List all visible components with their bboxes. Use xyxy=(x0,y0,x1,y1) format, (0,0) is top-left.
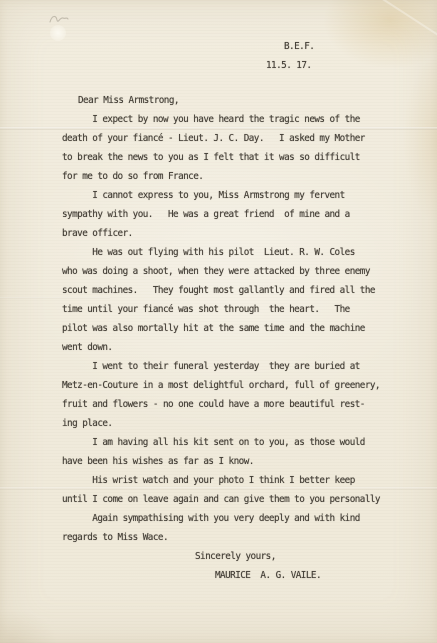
letter-body: Dear Miss Armstrong, I expect by now you… xyxy=(62,91,412,585)
body-line: death of your fiancé - Lieut. J. C. Day.… xyxy=(62,129,412,148)
body-line: He was out flying with his pilot Lieut. … xyxy=(62,243,412,262)
body-line: fruit and flowers - no one could have a … xyxy=(62,395,412,414)
body-line: sympathy with you. He was a great friend… xyxy=(62,205,412,224)
signature: MAURICE A. G. VAILE. xyxy=(62,566,412,585)
body-line: have been his wishes as far as I know. xyxy=(62,452,412,471)
body-line: I went to their funeral yesterday they a… xyxy=(62,357,412,376)
paper-corner-crease xyxy=(335,0,437,51)
body-line: I expect by now you have heard the tragi… xyxy=(62,110,412,129)
body-line: to break the news to you as I felt that … xyxy=(62,148,412,167)
body-line: who was doing a shoot, when they were at… xyxy=(62,262,412,281)
letter-header: B.E.F. 11.5. 17. xyxy=(266,37,314,75)
body-line: time until your fiancé was shot through … xyxy=(62,300,412,319)
body-line: His wrist watch and your photo I think I… xyxy=(62,471,412,490)
body-line: I cannot express to you, Miss Armstrong … xyxy=(62,186,412,205)
date-line: 11.5. 17. xyxy=(266,56,314,75)
body-line: Again sympathising with you very deeply … xyxy=(62,509,412,528)
body-line: scout machines. They fought most gallant… xyxy=(62,281,412,300)
body-line: I am having all his kit sent on to you, … xyxy=(62,433,412,452)
body-line: Metz-en-Couture in a most delightful orc… xyxy=(62,376,412,395)
body-line: for me to do so from France. xyxy=(62,167,412,186)
body-line: went down. xyxy=(62,338,412,357)
body-line: regards to Miss Wace. xyxy=(62,528,412,547)
unit-line: B.E.F. xyxy=(266,37,314,56)
letter-page: B.E.F. 11.5. 17. Dear Miss Armstrong, I … xyxy=(0,0,437,643)
body-line: until I come on leave again and can give… xyxy=(62,490,412,509)
body-line: brave officer. xyxy=(62,224,412,243)
body-line: pilot was also mortally hit at the same … xyxy=(62,319,412,338)
pencil-mark-icon xyxy=(48,12,70,28)
salutation: Dear Miss Armstrong, xyxy=(62,91,412,110)
closing: Sincerely yours, xyxy=(62,547,412,566)
body-line: ing place. xyxy=(62,414,412,433)
